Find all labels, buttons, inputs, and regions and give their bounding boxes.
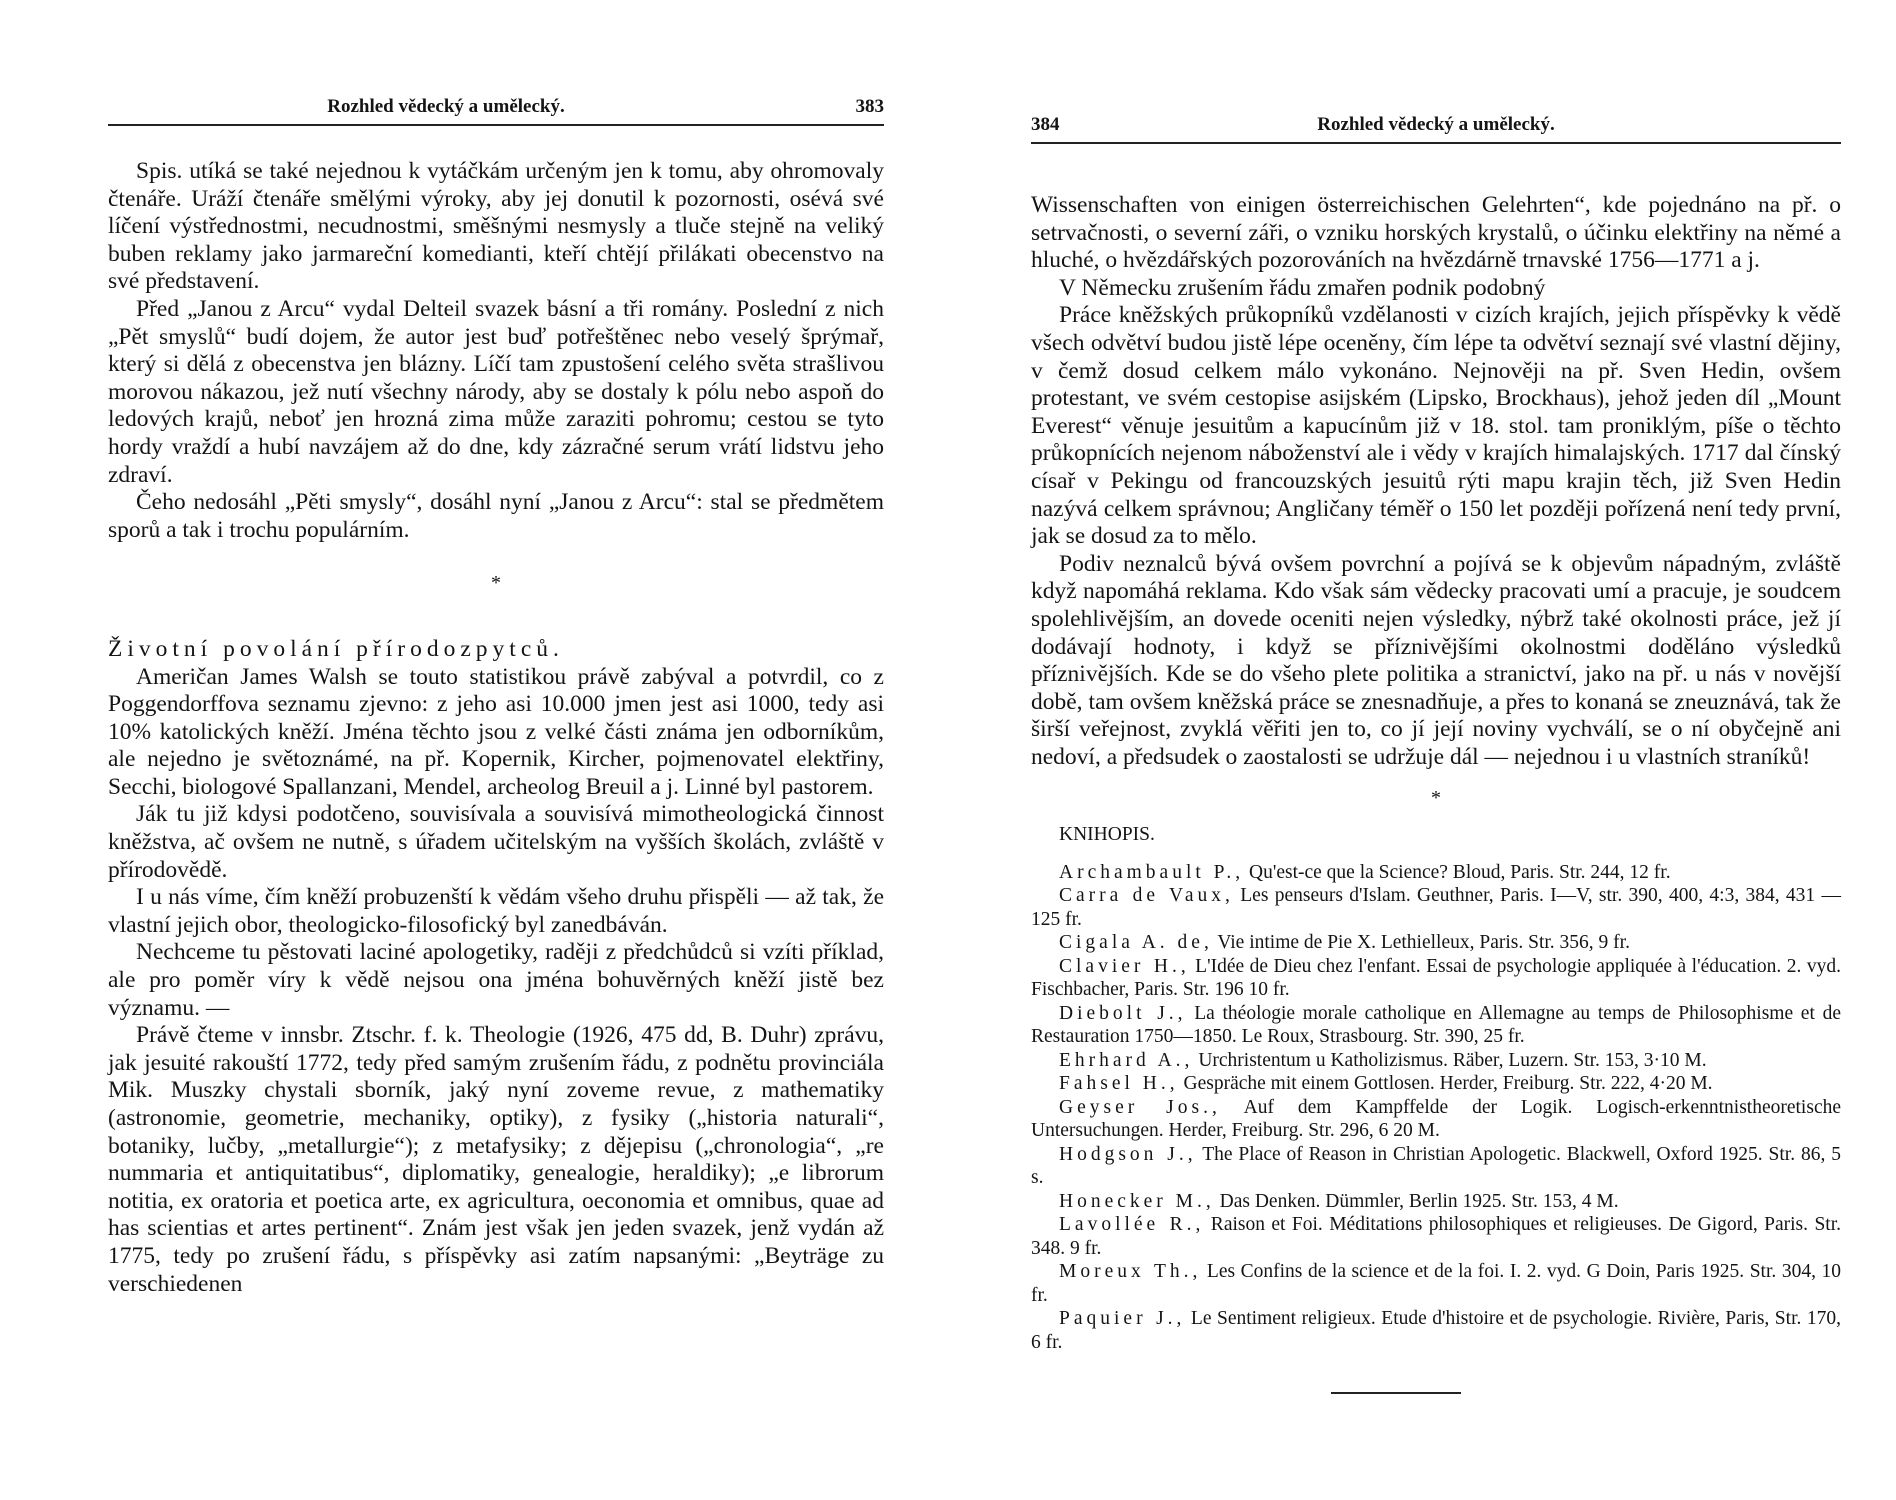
running-head-title: Rozhled vědecký a umělecký. bbox=[1031, 114, 1841, 136]
right-page: 384 Rozhled vědecký a umělecký. Wissensc… bbox=[1031, 114, 1841, 1394]
paragraph: Spis. utíká se také nejednou k vytáčkám … bbox=[108, 158, 884, 296]
section-title: Životní povolání přírodozpytců. bbox=[108, 636, 884, 664]
running-head: Rozhled vědecký a umělecký. 383 bbox=[108, 96, 884, 122]
bibliography-entry: Diebolt J., La théologie morale catholiq… bbox=[1031, 1002, 1841, 1049]
paragraph: Ják tu již kdysi podotčeno, souvisívala … bbox=[108, 801, 884, 884]
paragraph: Před „Janou z Arcu“ vydal Delteil svazek… bbox=[108, 296, 884, 489]
paragraph: Čeho nedosáhl „Pěti smysly“, dosáhl nyní… bbox=[108, 489, 884, 544]
bibliography-entry: Geyser Jos., Auf dem Kampffelde der Logi… bbox=[1031, 1096, 1841, 1143]
bibliography-entry: Carra de Vaux, Les penseurs d'Islam. Geu… bbox=[1031, 884, 1841, 931]
bibliography-title: KNIHOPIS. bbox=[1059, 821, 1841, 849]
running-head-title: Rozhled vědecký a umělecký. bbox=[168, 96, 724, 118]
bibliography-entry: Archambault P., Qu'est-ce que la Science… bbox=[1031, 861, 1841, 885]
end-rule bbox=[1331, 1392, 1461, 1394]
paragraph: I u nás víme, čím kněží probuzenští k vě… bbox=[108, 884, 884, 939]
bibliography-entry: Moreux Th., Les Confins de la science et… bbox=[1031, 1260, 1841, 1307]
bibliography-entry: Hodgson J., The Place of Reason in Chris… bbox=[1031, 1143, 1841, 1190]
header-rule bbox=[1031, 142, 1841, 144]
paragraph: Nechceme tu pěstovati laciné apologetiky… bbox=[108, 939, 884, 1022]
running-head: 384 Rozhled vědecký a umělecký. bbox=[1031, 114, 1841, 140]
bibliography-entry: Cigala A. de, Vie intime de Pie X. Lethi… bbox=[1031, 931, 1841, 955]
paragraph: V Německu zrušením řádu zmařen podnik po… bbox=[1031, 275, 1841, 303]
bibliography-entry: Fahsel H., Gespräche mit einem Gottlosen… bbox=[1031, 1072, 1841, 1096]
page-number: 383 bbox=[856, 96, 885, 118]
paragraph: Právě čteme v innsbr. Ztschr. f. k. Theo… bbox=[108, 1022, 884, 1298]
page-body: Wissenschaften von einigen österreichisc… bbox=[1031, 192, 1841, 1394]
bibliography-entry: Ehrhard A., Urchristentum u Katholizismu… bbox=[1031, 1049, 1841, 1073]
bibliography-entry: Paquier J., Le Sentiment religieux. Etud… bbox=[1031, 1307, 1841, 1354]
paragraph: Wissenschaften von einigen österreichisc… bbox=[1031, 192, 1841, 275]
left-page: Rozhled vědecký a umělecký. 383 Spis. ut… bbox=[108, 96, 884, 1298]
bibliography-entry: Clavier H., L'Idée de Dieu chez l'enfant… bbox=[1031, 955, 1841, 1002]
bibliography-entry: Lavollée R., Raison et Foi. Méditations … bbox=[1031, 1213, 1841, 1260]
bibliography-list: Archambault P., Qu'est-ce que la Science… bbox=[1031, 861, 1841, 1355]
header-rule bbox=[108, 124, 884, 126]
section-separator: * bbox=[1031, 785, 1841, 813]
page-body: Spis. utíká se také nejednou k vytáčkám … bbox=[108, 158, 884, 1298]
section-separator: * bbox=[108, 570, 884, 598]
bibliography-entry: Honecker M., Das Denken. Dümmler, Berlin… bbox=[1031, 1190, 1841, 1214]
paragraph: Podiv neznalců bývá ovšem povrchní a poj… bbox=[1031, 551, 1841, 772]
paragraph: Američan James Walsh se touto statistiko… bbox=[108, 664, 884, 802]
paragraph: Práce kněžských průkopníků vzdělanosti v… bbox=[1031, 302, 1841, 550]
